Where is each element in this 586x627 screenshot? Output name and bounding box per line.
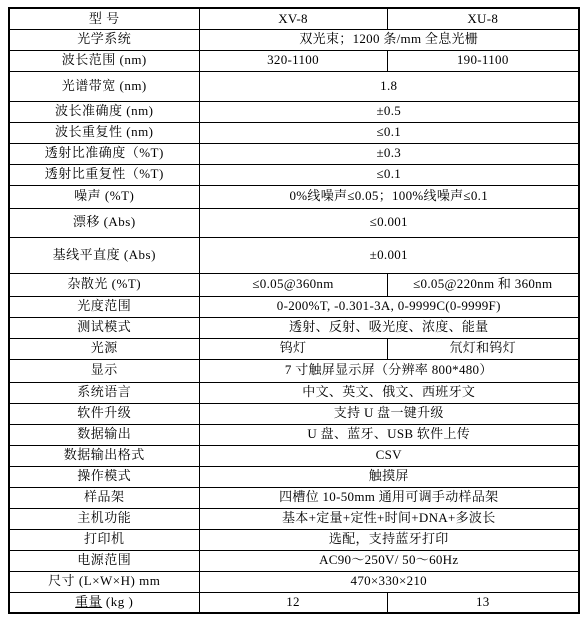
table-row: 光学系统双光束；1200 条/mm 全息光栅 (9, 29, 579, 50)
spec-sheet-page: 型 号XV-8XU-8光学系统双光束；1200 条/mm 全息光栅波长范围 (n… (0, 0, 586, 627)
table-row: 软件升级支持 U 盘一键升级 (9, 403, 579, 424)
spec-label: 数据输出格式 (9, 445, 199, 466)
spec-label: 重量 (kg ) (9, 592, 199, 613)
spec-label: 透射比准确度（%T) (9, 143, 199, 164)
spec-label: 样品架 (9, 487, 199, 508)
spec-label: 操作模式 (9, 466, 199, 487)
spec-value: 190-1100 (387, 50, 579, 71)
table-row: 透射比重复性（%T)≤0.1 (9, 164, 579, 185)
spec-value: 7 寸触屏显示屏（分辨率 800*480） (199, 359, 579, 382)
spec-label: 漂移 (Abs) (9, 208, 199, 237)
spec-label: 尺寸 (L×W×H) mm (9, 571, 199, 592)
spec-value: 双光束；1200 条/mm 全息光栅 (199, 29, 579, 50)
spec-value: 13 (387, 592, 579, 613)
spec-value: 氘灯和钨灯 (387, 338, 579, 359)
spec-label: 波长重复性 (nm) (9, 122, 199, 143)
table-row: 测试模式透射、反射、吸光度、浓度、能量 (9, 317, 579, 338)
table-row: 光谱带宽 (nm)1.8 (9, 71, 579, 101)
table-row: 噪声 (%T)0%线噪声≤0.05；100%线噪声≤0.1 (9, 185, 579, 208)
spec-value: 触摸屏 (199, 466, 579, 487)
spec-value: ≤0.001 (199, 208, 579, 237)
spec-label: 系统语言 (9, 382, 199, 403)
table-row: 波长范围 (nm)320-1100190-1100 (9, 50, 579, 71)
spec-value: 基本+定量+定性+时间+DNA+多波长 (199, 508, 579, 529)
table-row: 系统语言中文、英文、俄文、西班牙文 (9, 382, 579, 403)
spec-label: 电源范围 (9, 550, 199, 571)
table-row: 尺寸 (L×W×H) mm470×330×210 (9, 571, 579, 592)
table-row: 波长重复性 (nm)≤0.1 (9, 122, 579, 143)
spec-label: 软件升级 (9, 403, 199, 424)
table-row: 透射比准确度（%T)±0.3 (9, 143, 579, 164)
spec-value: U 盘、蓝牙、USB 软件上传 (199, 424, 579, 445)
table-row: 杂散光 (%T)≤0.05@360nm≤0.05@220nm 和 360nm (9, 273, 579, 296)
spec-label: 杂散光 (%T) (9, 273, 199, 296)
spec-value: 选配，支持蓝牙打印 (199, 529, 579, 550)
table-row: 基线平直度 (Abs)±0.001 (9, 237, 579, 273)
spec-label: 光谱带宽 (nm) (9, 71, 199, 101)
spec-label: 光度范围 (9, 296, 199, 317)
spec-label: 波长准确度 (nm) (9, 101, 199, 122)
table-row: 光度范围0-200%T, -0.301-3A, 0-9999C(0-9999F) (9, 296, 579, 317)
table-row: 漂移 (Abs)≤0.001 (9, 208, 579, 237)
spec-value: 12 (199, 592, 387, 613)
spec-value: CSV (199, 445, 579, 466)
spec-label: 数据输出 (9, 424, 199, 445)
spec-label: 光源 (9, 338, 199, 359)
table-row: 数据输出U 盘、蓝牙、USB 软件上传 (9, 424, 579, 445)
spec-value: 470×330×210 (199, 571, 579, 592)
spec-label: 波长范围 (nm) (9, 50, 199, 71)
spec-value: 透射、反射、吸光度、浓度、能量 (199, 317, 579, 338)
table-row: 电源范围AC90～250V/ 50～60Hz (9, 550, 579, 571)
spec-value: AC90～250V/ 50～60Hz (199, 550, 579, 571)
table-row: 显示7 寸触屏显示屏（分辨率 800*480） (9, 359, 579, 382)
spec-value: ≤0.1 (199, 164, 579, 185)
table-row: 打印机选配，支持蓝牙打印 (9, 529, 579, 550)
spec-label: 噪声 (%T) (9, 185, 199, 208)
table-row: 样品架四槽位 10-50mm 通用可调手动样品架 (9, 487, 579, 508)
spec-value: ±0.5 (199, 101, 579, 122)
spec-value: 1.8 (199, 71, 579, 101)
spec-label-underlined: 重量 (75, 594, 102, 609)
spec-table-body: 型 号XV-8XU-8光学系统双光束；1200 条/mm 全息光栅波长范围 (n… (9, 8, 579, 613)
spec-table: 型 号XV-8XU-8光学系统双光束；1200 条/mm 全息光栅波长范围 (n… (8, 7, 580, 614)
spec-label: 光学系统 (9, 29, 199, 50)
spec-value: ≤0.1 (199, 122, 579, 143)
spec-label: 打印机 (9, 529, 199, 550)
spec-value: 支持 U 盘一键升级 (199, 403, 579, 424)
spec-value: 0%线噪声≤0.05；100%线噪声≤0.1 (199, 185, 579, 208)
spec-label: 测试模式 (9, 317, 199, 338)
spec-value: XU-8 (387, 8, 579, 29)
spec-value: ≤0.05@220nm 和 360nm (387, 273, 579, 296)
spec-value: 320-1100 (199, 50, 387, 71)
spec-label: 基线平直度 (Abs) (9, 237, 199, 273)
table-row: 操作模式触摸屏 (9, 466, 579, 487)
table-row: 主机功能基本+定量+定性+时间+DNA+多波长 (9, 508, 579, 529)
spec-value: 中文、英文、俄文、西班牙文 (199, 382, 579, 403)
table-row: 重量 (kg )1213 (9, 592, 579, 613)
spec-label: 透射比重复性（%T) (9, 164, 199, 185)
spec-label: 显示 (9, 359, 199, 382)
table-row: 数据输出格式CSV (9, 445, 579, 466)
table-row: 波长准确度 (nm)±0.5 (9, 101, 579, 122)
spec-value: 0-200%T, -0.301-3A, 0-9999C(0-9999F) (199, 296, 579, 317)
spec-label: 型 号 (9, 8, 199, 29)
spec-value: ±0.3 (199, 143, 579, 164)
spec-value: XV-8 (199, 8, 387, 29)
table-row: 型 号XV-8XU-8 (9, 8, 579, 29)
spec-value: ≤0.05@360nm (199, 273, 387, 296)
spec-value: ±0.001 (199, 237, 579, 273)
spec-value: 钨灯 (199, 338, 387, 359)
table-row: 光源钨灯氘灯和钨灯 (9, 338, 579, 359)
spec-label: 主机功能 (9, 508, 199, 529)
spec-value: 四槽位 10-50mm 通用可调手动样品架 (199, 487, 579, 508)
